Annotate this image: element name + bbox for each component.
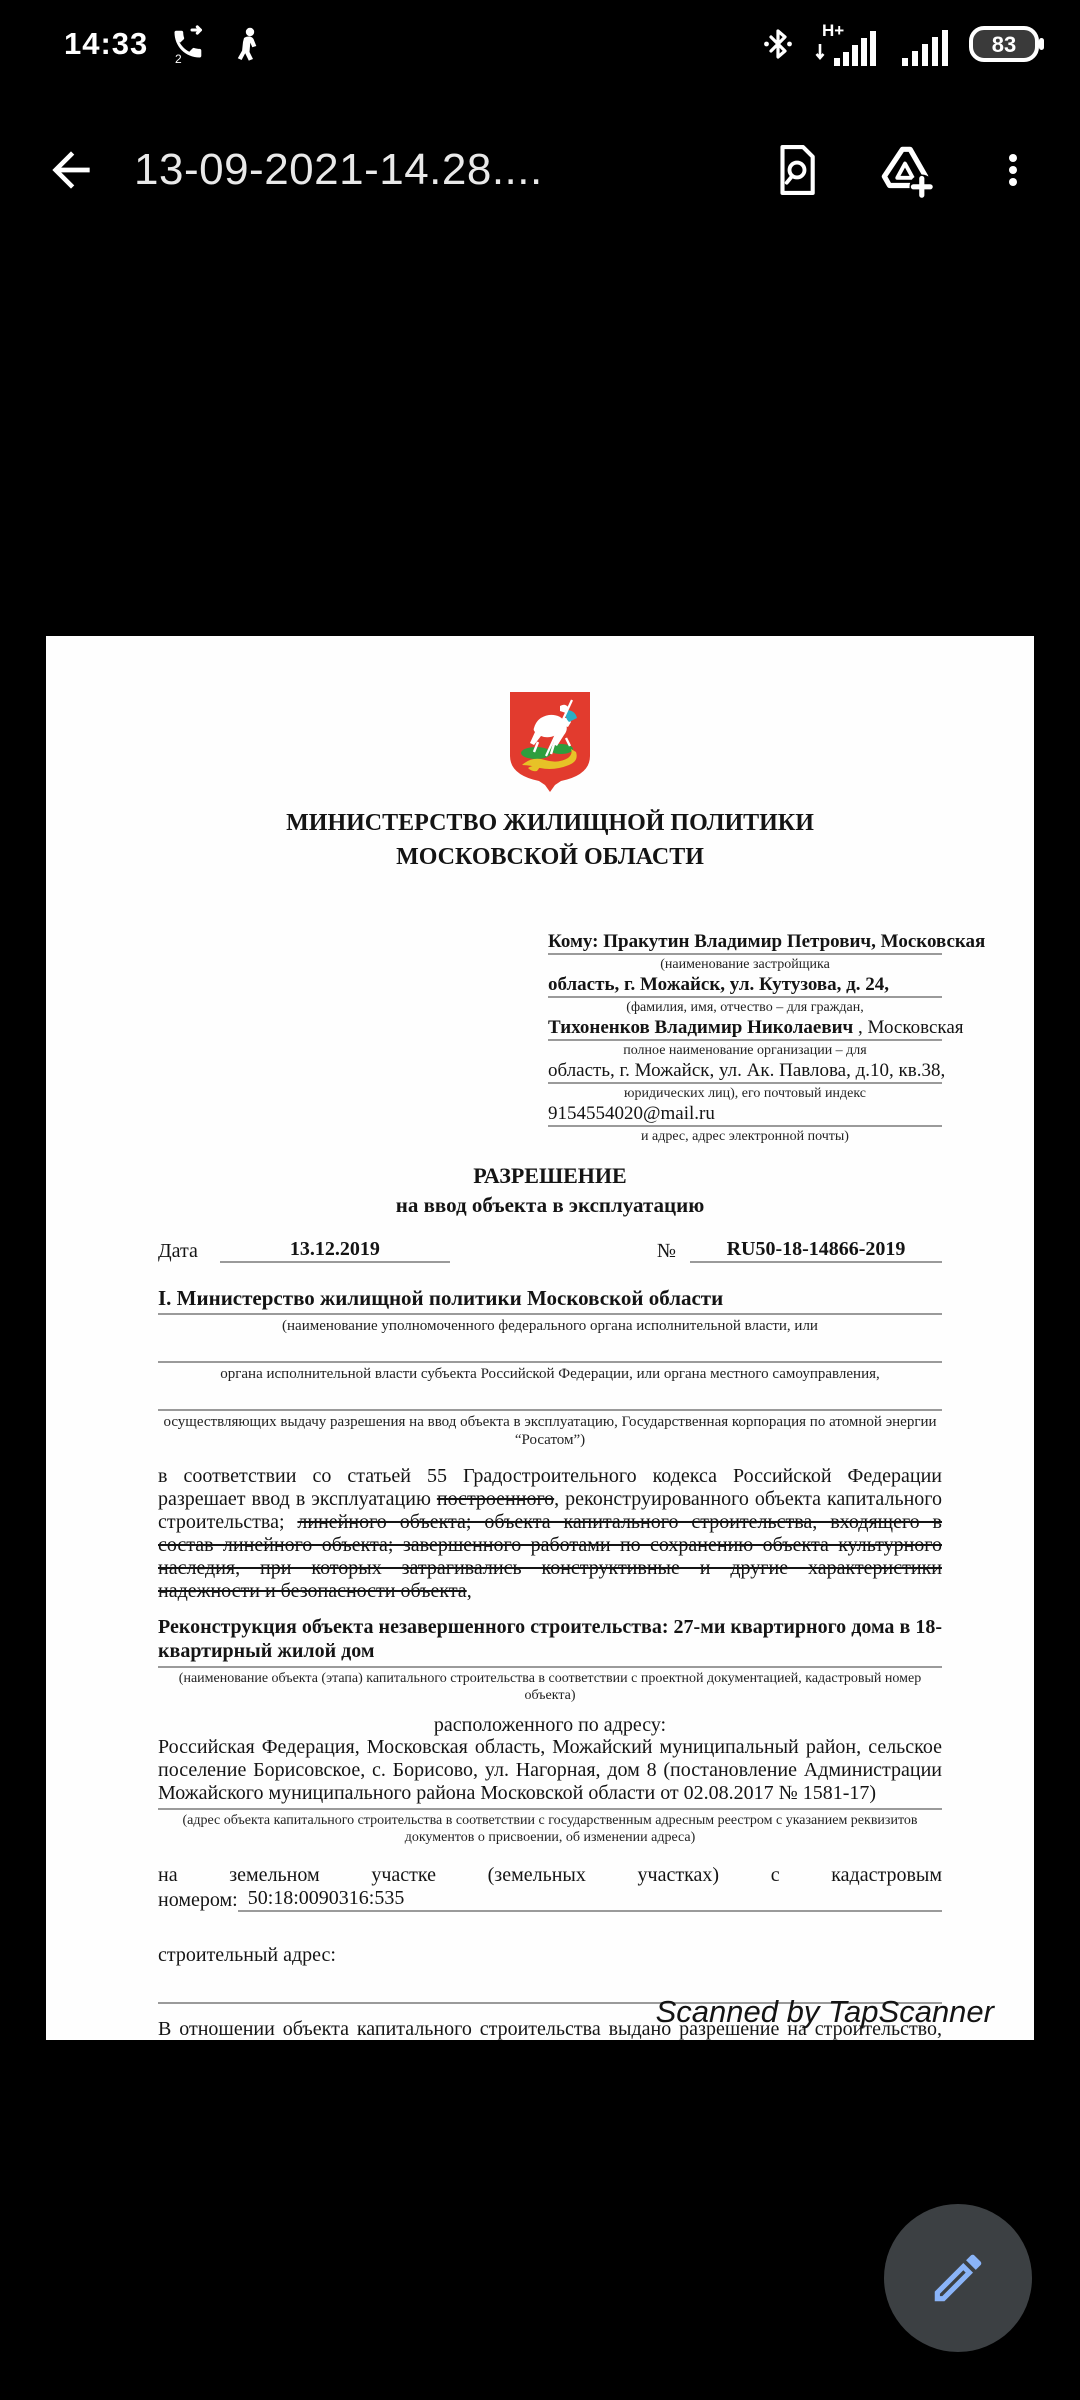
authority-hint: (наименование уполномоченного федерально… xyxy=(158,1317,942,1335)
ministry-line1: МИНИСТЕРСТВО ЖИЛИЩНОЙ ПОЛИТИКИ xyxy=(158,806,942,840)
date-label: Дата xyxy=(158,1239,198,1263)
addressee-email: 9154554020@mail.ru xyxy=(548,1102,942,1127)
date-value: 13.12.2019 xyxy=(220,1237,450,1263)
authority-hint: органа исполнительной власти субъекта Ро… xyxy=(158,1365,942,1383)
person-icon xyxy=(228,24,268,64)
mobile-signal-h-plus-icon: H+ xyxy=(812,18,886,70)
address-hint: (адрес объекта капитального строительств… xyxy=(158,1812,942,1846)
addressee-hint: полное наименование организации – для xyxy=(548,1041,942,1059)
mobile-signal-icon xyxy=(900,18,954,70)
call-forward-icon: 2 xyxy=(166,22,210,66)
svg-text:2: 2 xyxy=(175,52,182,66)
cadastral-number: 50:18:0090316:535 xyxy=(238,1886,942,1912)
permit-subtitle: на ввод объекта в эксплуатацию xyxy=(158,1193,942,1217)
bluetooth-icon xyxy=(758,24,798,64)
document-page[interactable]: МИНИСТЕРСТВО ЖИЛИЩНОЙ ПОЛИТИКИ МОСКОВСКО… xyxy=(46,636,1034,2040)
addressee-hint: юридических лиц), его почтовый индекс xyxy=(548,1084,942,1102)
status-bar: 14:33 2 H+ xyxy=(0,0,1080,88)
battery-icon: 83 xyxy=(968,22,1046,66)
authority-hint: осуществляющих выдачу разрешения на ввод… xyxy=(158,1413,942,1449)
ministry-line2: МОСКОВСКОЙ ОБЛАСТИ xyxy=(158,840,942,874)
edit-pencil-icon xyxy=(927,2247,989,2309)
edit-fab-button[interactable] xyxy=(884,2204,1032,2352)
blank-line xyxy=(158,1335,942,1363)
object-name: Реконструкция объекта незавершенного стр… xyxy=(158,1615,942,1668)
add-to-drive-icon xyxy=(874,139,936,201)
more-vert-icon xyxy=(989,146,1037,194)
battery-level-label: 83 xyxy=(992,32,1016,57)
addressee-hint: (фамилия, имя, отчество – для граждан, xyxy=(548,998,942,1016)
clock: 14:33 xyxy=(64,26,148,62)
addressee-line: область, г. Можайск, ул. Кутузова, д. 24… xyxy=(548,973,942,998)
issuing-authority: I. Министерство жилищной политики Москов… xyxy=(158,1285,942,1315)
object-hint: (наименование объекта (этапа) капитально… xyxy=(158,1670,942,1704)
moscow-oblast-coat-of-arms xyxy=(508,690,592,794)
permit-title: РАЗРЕШЕНИЕ xyxy=(158,1163,942,1189)
add-to-drive-button[interactable] xyxy=(866,131,944,209)
addressee-block: Кому: Пракутин Владимир Петрович, Москов… xyxy=(548,930,942,1145)
parcel-label: номером: xyxy=(158,1888,238,1912)
law-paragraph: в соответствии со статьей 55 Градостроит… xyxy=(158,1465,942,1603)
object-address: Российская Федерация, Московская область… xyxy=(158,1736,942,1810)
ministry-heading: МИНИСТЕРСТВО ЖИЛИЩНОЙ ПОЛИТИКИ МОСКОВСКО… xyxy=(158,806,942,874)
addressee-line: Тихоненков Владимир Николаевич , Московс… xyxy=(548,1016,942,1041)
struck-text: построенного xyxy=(437,1488,554,1510)
addressee-line: область, г. Можайск, ул. Ак. Павлова, д.… xyxy=(548,1059,942,1084)
network-type-label: H+ xyxy=(822,21,844,40)
document-title: 13-09-2021-14.28.... xyxy=(134,145,758,195)
back-arrow-icon xyxy=(43,142,99,198)
construction-address-label: строительный адрес: xyxy=(158,1944,942,1966)
back-button[interactable] xyxy=(26,125,116,215)
app-bar: 13-09-2021-14.28.... xyxy=(0,110,1080,230)
located-label: расположенного по адресу: xyxy=(158,1714,942,1736)
number-value: RU50-18-14866-2019 xyxy=(690,1237,942,1263)
parcel-number-row: номером: 50:18:0090316:535 xyxy=(158,1886,942,1912)
addressee-hint: (наименование застройщика xyxy=(548,955,942,973)
date-number-row: Дата 13.12.2019 № RU50-18-14866-2019 xyxy=(158,1237,942,1263)
addressee-line: Кому: Пракутин Владимир Петрович, Москов… xyxy=(548,930,942,955)
parcel-line: на земельном участке (земельных участках… xyxy=(158,1864,942,1886)
number-label: № xyxy=(657,1239,676,1263)
find-in-page-button[interactable] xyxy=(758,131,836,209)
find-in-page-icon xyxy=(768,141,826,199)
blank-line xyxy=(158,1383,942,1411)
tapscanner-watermark: Scanned by TapScanner xyxy=(656,1994,994,2030)
addressee-hint: и адрес, адрес электронной почты) xyxy=(548,1127,942,1145)
more-options-button[interactable] xyxy=(974,131,1052,209)
